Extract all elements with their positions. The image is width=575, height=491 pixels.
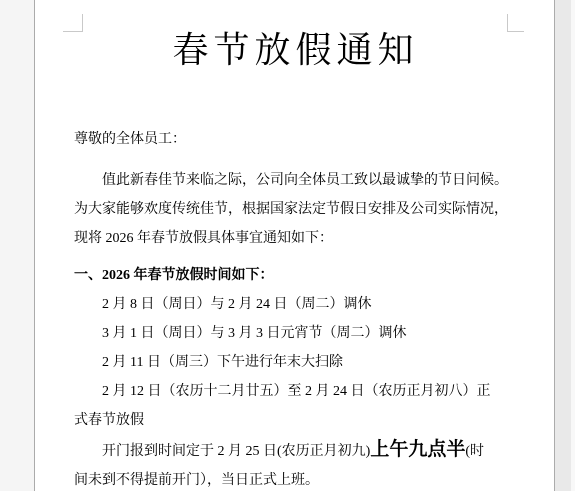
right-edge-strip: [571, 0, 575, 491]
reopen-line-2: 间未到不得提前开门），当日正式上班。: [74, 466, 517, 491]
holiday-schedule-list: 2 月 8 日（周日）与 2 月 24 日（周二）调休 3 月 1 日（周日）与…: [74, 290, 517, 435]
holiday-period-line-2: 式春节放假: [74, 406, 517, 435]
holiday-period-line-1: 2 月 12 日（农历十二月廿五）至 2 月 24 日（农历正月初八）正: [74, 377, 517, 406]
reopen-suffix: (时: [465, 444, 484, 459]
schedule-item-2: 3 月 1 日（周日）与 3 月 3 日元宵节（周二）调休: [74, 319, 517, 348]
document-body: 尊敬的全体员工： 值此新春佳节来临之际，公司向全体员工致以最诚挚的节日问候。 为…: [74, 125, 517, 491]
section-heading: 一、2026 年春节放假时间如下：: [74, 261, 517, 290]
schedule-item-3: 2 月 11 日（周三）下午进行年末大扫除: [74, 348, 517, 377]
document-window: 春节放假通知 尊敬的全体员工： 值此新春佳节来临之际，公司向全体员工致以最诚挚的…: [0, 0, 575, 491]
document-title: 春节放假通知: [74, 29, 517, 72]
document-page[interactable]: 春节放假通知 尊敬的全体员工： 值此新春佳节来临之际，公司向全体员工致以最诚挚的…: [34, 0, 555, 491]
intro-line-3: 现将 2026 年春节放假具体事宜通知如下：: [74, 224, 517, 253]
reopen-prefix: 开门报到时间定于 2 月 25 日(农历正月初九): [102, 444, 370, 459]
reopen-paragraph: 开门报到时间定于 2 月 25 日(农历正月初九)上午九点半(时 间未到不得提前…: [74, 435, 517, 491]
reopen-time-emphasis: 上午九点半: [370, 439, 465, 460]
document-content: 春节放假通知 尊敬的全体员工： 值此新春佳节来临之际，公司向全体员工致以最诚挚的…: [35, 29, 554, 491]
intro-paragraph: 值此新春佳节来临之际，公司向全体员工致以最诚挚的节日问候。 为大家能够欢度传统佳…: [74, 166, 517, 253]
window-background-right: [555, 0, 575, 491]
reopen-line-1: 开门报到时间定于 2 月 25 日(农历正月初九)上午九点半(时: [74, 435, 517, 466]
greeting-line: 尊敬的全体员工：: [74, 125, 517, 154]
intro-line-2: 为大家能够欢度传统佳节，根据国家法定节假日安排及公司实际情况，: [74, 195, 517, 224]
schedule-item-1: 2 月 8 日（周日）与 2 月 24 日（周二）调休: [74, 290, 517, 319]
intro-line-1: 值此新春佳节来临之际，公司向全体员工致以最诚挚的节日问候。: [74, 166, 517, 195]
